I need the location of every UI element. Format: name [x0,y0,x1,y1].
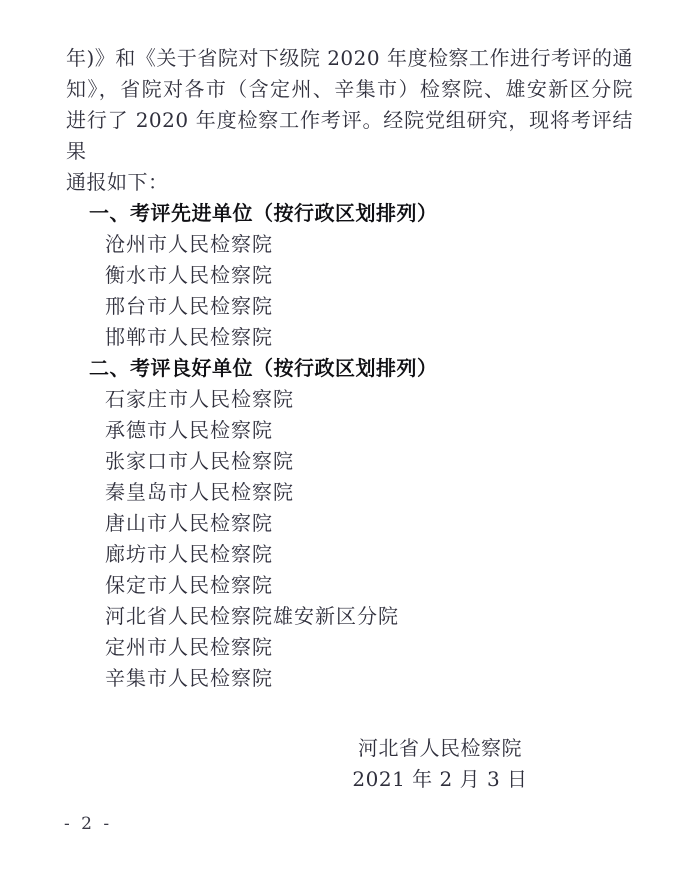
intro-line: 通报如下： [66,167,633,198]
page-number: - 2 - [64,814,112,834]
unit-list-item: 唐山市人民检察院 [66,508,633,539]
evaluation-sections: 一、考评先进单位（按行政区划排列）沧州市人民检察院衡水市人民检察院邢台市人民检察… [66,198,633,694]
unit-list-item: 张家口市人民检察院 [66,446,633,477]
intro-line: 进行了 2020 年度检察工作考评。经院党组研究，现将考评结果 [66,105,633,167]
intro-line: 知》，省院对各市（含定州、辛集市）检察院、雄安新区分院 [66,74,633,105]
unit-list-item: 定州市人民检察院 [66,632,633,663]
section-heading: 二、考评良好单位（按行政区划排列） [66,353,633,384]
unit-list-item: 廊坊市人民检察院 [66,539,633,570]
unit-list-item: 秦皇岛市人民检察院 [66,477,633,508]
unit-list-item: 邢台市人民检察院 [66,291,633,322]
unit-list-item: 衡水市人民检察院 [66,260,633,291]
unit-list-item: 保定市人民检察院 [66,570,633,601]
unit-list-item: 沧州市人民检察院 [66,229,633,260]
unit-list-item: 辛集市人民检察院 [66,663,633,694]
signature-block: 河北省人民检察院 2021 年 2 月 3 日 [300,733,580,795]
document-page: 年)》和《关于省院对下级院 2020 年度检察工作进行考评的通知》，省院对各市（… [0,0,683,880]
unit-list-item: 邯郸市人民检察院 [66,322,633,353]
signature-issuer: 河北省人民检察院 [300,733,580,764]
unit-list-item: 河北省人民检察院雄安新区分院 [66,601,633,632]
unit-list-item: 承德市人民检察院 [66,415,633,446]
intro-line: 年)》和《关于省院对下级院 2020 年度检察工作进行考评的通 [66,43,633,74]
document-content: 年)》和《关于省院对下级院 2020 年度检察工作进行考评的通知》，省院对各市（… [66,43,633,694]
signature-date: 2021 年 2 月 3 日 [300,764,580,795]
unit-list-item: 石家庄市人民检察院 [66,384,633,415]
intro-paragraph: 年)》和《关于省院对下级院 2020 年度检察工作进行考评的通知》，省院对各市（… [66,43,633,198]
section-heading: 一、考评先进单位（按行政区划排列） [66,198,633,229]
